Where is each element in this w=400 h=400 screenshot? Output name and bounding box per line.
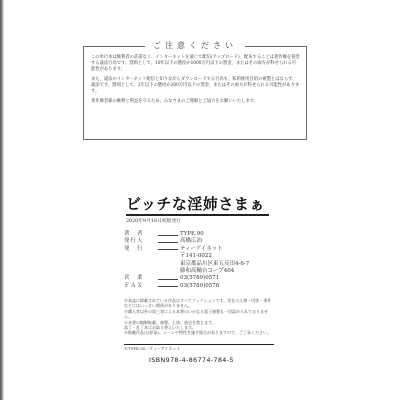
leader-dash	[158, 249, 178, 250]
colophon: 著 者 TYPE.90 発行人 高橋広治 発 行 ティーアイネット 〒141-0…	[124, 231, 249, 290]
publisher-person-value: 高橋広治	[180, 238, 202, 245]
colophon-row-publisher-person: 発行人 高橋広治	[124, 238, 249, 245]
leader-dash	[158, 279, 178, 280]
isbn: ISBN978-4-86774-784-5	[149, 356, 234, 364]
notice-paragraph: 著作権者様の権利と利益を守るため、みなさまのご理解とご協力をお願いいたします。	[91, 99, 300, 105]
notice-body: この単行本は権利者の許諾なく、インターネットを通じて配信(アップロード)、配布す…	[91, 55, 300, 109]
fineprint-line: ※掲載作品は(原案)、シーンや特性を施す場合がありますので、ご了承ください。	[124, 330, 272, 335]
address-line-1: 東京都品川区東五反田4-6-7	[124, 261, 249, 268]
sales-phone: 03(5789)0571	[180, 275, 219, 282]
notice-paragraph: また、違法のインターネット配信と知りながらダウンロードする行為も、私的使用目的の…	[91, 77, 300, 95]
copyright-line: ©TYPE.90／ティーアイネット	[124, 346, 180, 352]
fax-value: 03(5789)0576	[180, 283, 219, 290]
sales-label: 営 業	[124, 275, 158, 282]
copyright-notice-box: ご注意ください この単行本は権利者の許諾なく、インターネットを通じて配信(アップ…	[83, 46, 307, 140]
fax-label: ＦＡＸ	[124, 283, 158, 290]
postal-code: 〒141-0022	[124, 253, 249, 260]
colophon-row-fax: ＦＡＸ 03(5789)0576	[124, 283, 249, 290]
colophon-row-sales: 営 業 03(5789)0571	[124, 275, 249, 282]
publication-date: 2020年9月18日初版発行	[126, 217, 181, 224]
fineprint-divider	[124, 344, 274, 345]
leader-dash	[158, 242, 178, 243]
leader-dash	[158, 286, 178, 287]
fineprint-line: ※本誌に掲載されている作品はすべてフィクションです。実在の人物・団体・事件などに…	[124, 298, 272, 309]
notice-title: ご注意ください	[145, 40, 245, 51]
publisher-label: 発 行	[124, 246, 158, 253]
publisher-person-label: 発行人	[124, 238, 158, 245]
notice-paragraph: この単行本は権利者の許諾なく、インターネットを通じて配信(アップロード)、配布す…	[91, 55, 300, 73]
fineprint-notes: ※本誌に掲載されている作品はすべてフィクションです。実在の人物・団体・事件などに…	[124, 298, 272, 336]
fineprint-line: ※購入者以外の第三者による本書のいかなる電子複製も一切認められておりません。	[124, 309, 272, 320]
title-divider	[126, 214, 269, 216]
book-title: ビッチな淫姉さまぁ	[126, 193, 265, 214]
page-binding-edge	[0, 0, 4, 400]
leader-dash	[158, 235, 178, 236]
